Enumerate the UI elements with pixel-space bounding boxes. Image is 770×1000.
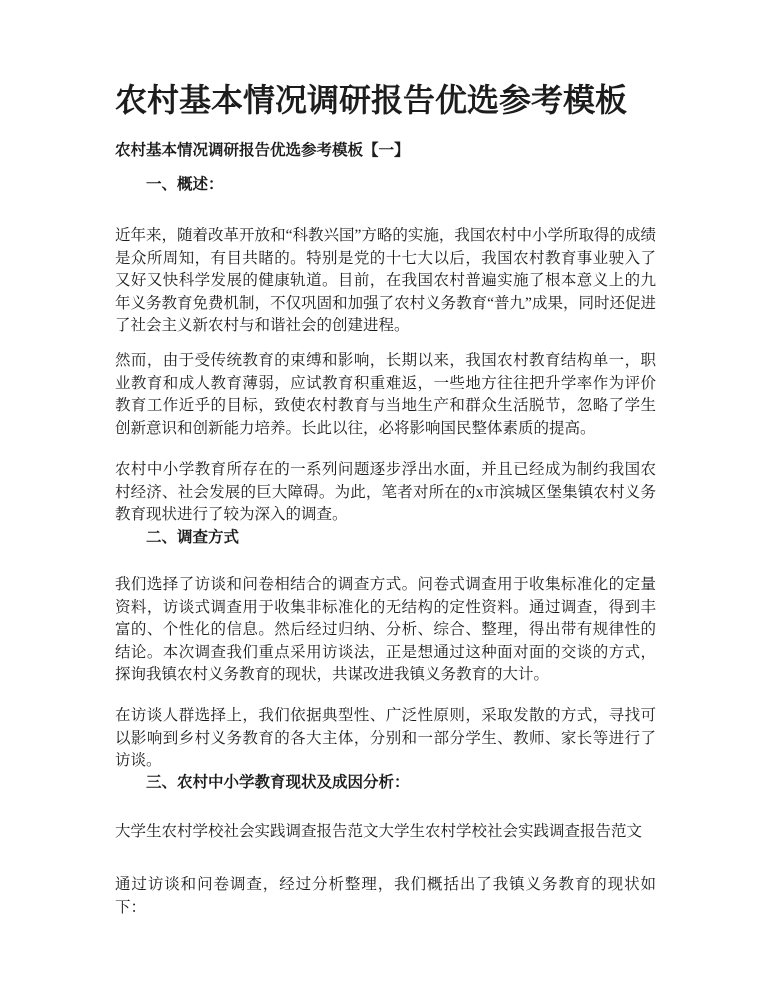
paragraph-4: 我们选择了访谈和问卷相结合的调查方式。问卷式调查用于收集标准化的定量资料，访谈式… xyxy=(115,574,656,687)
section-heading-status-analysis: 三、农村中小学教育现状及成因分析： xyxy=(115,772,656,795)
document-title: 农村基本情况调研报告优选参考模板 xyxy=(115,80,656,120)
document-subtitle: 农村基本情况调研报告优选参考模板【一】 xyxy=(115,140,656,163)
paragraph-6: 大学生农村学校社会实践调查报告范文大学生农村学校社会实践调查报告范文 xyxy=(115,821,656,844)
section-heading-overview: 一、概述： xyxy=(115,174,656,197)
paragraph-5: 在访谈人群选择上，我们依据典型性、广泛性原则，采取发散的方式，寻找可以影响到乡村… xyxy=(115,705,656,773)
document-page: 农村基本情况调研报告优选参考模板 农村基本情况调研报告优选参考模板【一】 一、概… xyxy=(0,0,770,1000)
paragraph-7: 通过访谈和问卷调查，经过分析整理，我们概括出了我镇义务教育的现状如下： xyxy=(115,874,656,919)
section-heading-survey-method: 二、调查方式 xyxy=(115,527,656,550)
paragraph-3: 农村中小学教育所存在的一系列问题逐步浮出水面，并且已经成为制约我国农村经济、社会… xyxy=(115,459,656,527)
paragraph-2: 然而，由于受传统教育的束缚和影响，长期以来，我国农村教育结构单一，职业教育和成人… xyxy=(115,350,656,440)
paragraph-1: 近年来，随着改革开放和“科教兴国”方略的实施，我国农村中小学所取得的成绩是众所周… xyxy=(115,225,656,338)
